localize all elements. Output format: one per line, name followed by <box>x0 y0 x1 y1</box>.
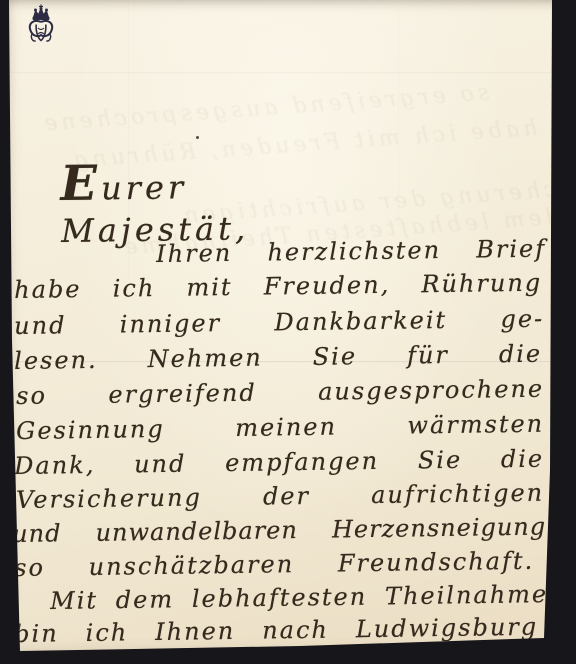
crowned-monogram-icon <box>28 4 54 44</box>
letter-line: so ergreifend ausgesprochene <box>16 375 544 410</box>
letter-line: habe ich mit Freuden, Rührung <box>14 269 542 304</box>
letter-line: Versicherung der aufrichtigen <box>16 479 544 514</box>
letter-line: und inniger Dankbarkeit ge- <box>14 305 544 340</box>
letter-line: bin ich Ihnen nach Ludwigsburg <box>14 613 538 648</box>
letter-line: Mit dem lebhaftesten Theilnahme <box>50 580 548 615</box>
letter-line: Ihren herzlichsten Brief <box>156 235 546 268</box>
letter-salutation: Eurer Majestät, <box>60 152 363 250</box>
fold-crease-horizontal-faint <box>0 72 576 74</box>
letter-line: so unschätzbaren Freundschaft. <box>14 547 534 582</box>
letter-line: lesen. Nehmen Sie für die <box>14 340 542 375</box>
letter-paper: so ergreifend ausgesprochene habe ich mi… <box>0 0 576 664</box>
letter-line: und unwandelbaren Herzensneigung <box>12 513 546 548</box>
ink-dot <box>196 136 199 139</box>
letter-line: Dank, und empfangen Sie die <box>14 445 544 480</box>
letter-line: Gesinnung meinen wärmsten <box>16 410 544 445</box>
